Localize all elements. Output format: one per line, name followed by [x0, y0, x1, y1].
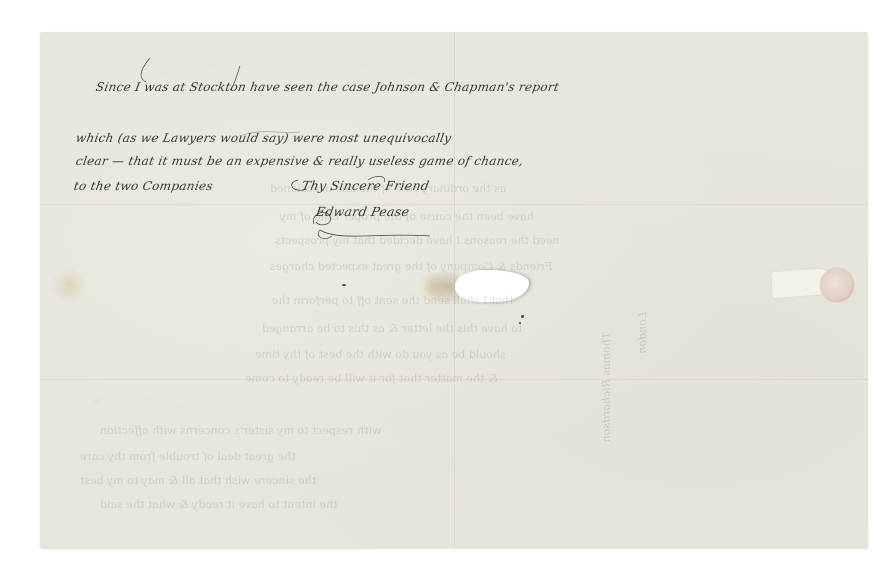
wax-stain-left [50, 267, 88, 305]
bleed-through-line: should be as you do with the best of thy… [254, 348, 506, 361]
bleed-through-line: with respect to my sister's concerns wit… [99, 424, 382, 437]
letter-line-4: to the two Companies [73, 179, 214, 193]
document-stage: as the ordinary rate of the line occasio… [0, 0, 896, 576]
letter-flourish-icon [120, 52, 500, 162]
bleed-through-address-line: Thomas Richardson [600, 332, 613, 442]
bleed-through-line: the sincere wish that all & may to my be… [79, 474, 317, 487]
bleed-through-address-line: London [636, 312, 649, 354]
horizontal-fold-crease-upper [40, 204, 868, 207]
signature-flourish-icon [280, 170, 440, 250]
letter-sheet: as the ordinary rate of the line occasio… [40, 32, 868, 548]
bleed-through-line: the great deal of trouble from thy care [79, 450, 296, 463]
ink-speck [521, 315, 524, 318]
bleed-through-line: Friends & Company of the great expected … [269, 260, 553, 273]
bleed-through-line: to have this the letter & as this to be … [261, 322, 523, 335]
bleed-through-line: the intent to have it ready & what the s… [99, 498, 338, 511]
wax-seal-remnant [820, 268, 854, 302]
bleed-through-line: that I shall send the sent off to perfor… [271, 294, 514, 307]
small-stain [90, 397, 104, 405]
bleed-through-line: & the matter that for it will be ready t… [244, 372, 498, 385]
ink-speck [342, 284, 346, 286]
